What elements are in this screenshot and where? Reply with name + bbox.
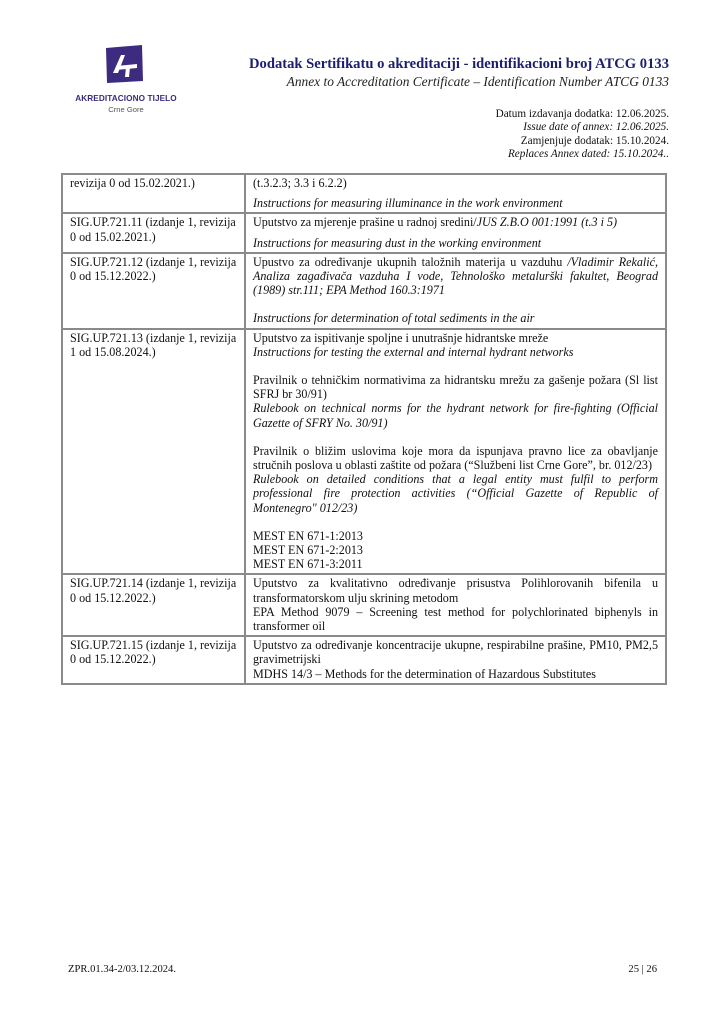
- regulation-line-en: Rulebook on technical norms for the hydr…: [253, 401, 658, 429]
- accreditation-scope-table: revizija 0 od 15.02.2021.) (t.3.2.3; 3.3…: [61, 173, 667, 685]
- replaces-date-en: Replaces Annex dated: 15.10.2024..: [496, 148, 669, 161]
- description-line-en: Instructions for measuring dust in the w…: [253, 236, 658, 250]
- issue-date-en: Issue date of annex: 12.06.2025.: [496, 121, 669, 134]
- method-code-cell: SIG.UP.721.15 (izdanje 1, revizija 0 od …: [62, 636, 245, 684]
- method-description-cell: Uputstvo za određivanje koncentracije uk…: [245, 636, 666, 684]
- method-code-cell: SIG.UP.721.13 (izdanje 1, revizija 1 od …: [62, 329, 245, 575]
- footer-document-code: ZPR.01.34-2/03.12.2024.: [68, 964, 176, 975]
- standard-line: EPA Method 9079 – Screening test method …: [253, 605, 658, 633]
- annex-dates: Datum izdavanja dodatka: 12.06.2025. Iss…: [496, 108, 669, 161]
- description-line-en: Instructions for testing the external an…: [253, 345, 658, 359]
- document-title: Dodatak Sertifikatu o akreditaciji - ide…: [249, 56, 669, 73]
- replaces-date: Zamjenjuje dodatak: 15.10.2024.: [496, 135, 669, 148]
- table-row: SIG.UP.721.11 (izdanje 1, revizija 0 od …: [62, 213, 666, 252]
- description-line: Uputstvo za kvalitativno određivanje pri…: [253, 576, 658, 604]
- regulation-line: Pravilnik o bližim uslovima koje mora da…: [253, 444, 658, 472]
- method-description-cell: Uputstvo za ispitivanje spoljne i unutra…: [245, 329, 666, 575]
- standard-line: MEST EN 671-1:2013: [253, 529, 658, 543]
- regulation-line: Pravilnik o tehničkim normativima za hid…: [253, 373, 658, 401]
- method-code-cell: revizija 0 od 15.02.2021.): [62, 174, 245, 213]
- regulation-line-en: Rulebook on detailed conditions that a l…: [253, 472, 658, 515]
- issue-date: Datum izdavanja dodatka: 12.06.2025.: [496, 108, 669, 121]
- description-line: (t.3.2.3; 3.3 i 6.2.2): [253, 176, 658, 190]
- footer-page-number: 25 | 26: [628, 964, 657, 975]
- logo-name: AKREDITACIONO TIJELO: [67, 94, 185, 103]
- description-line-en: Instructions for determination of total …: [253, 311, 658, 325]
- method-description-cell: (t.3.2.3; 3.3 i 6.2.2) Instructions for …: [245, 174, 666, 213]
- method-description-cell: Uputstvo za kvalitativno određivanje pri…: [245, 574, 666, 636]
- method-description-cell: Upustvo za određivanje ukupnih taložnih …: [245, 253, 666, 329]
- method-code-cell: SIG.UP.721.11 (izdanje 1, revizija 0 od …: [62, 213, 245, 252]
- standard-line: MDHS 14/3 – Methods for the determinatio…: [253, 667, 658, 681]
- table-row: SIG.UP.721.13 (izdanje 1, revizija 1 od …: [62, 329, 666, 575]
- table-row: SIG.UP.721.12 (izdanje 1, revizija 0 od …: [62, 253, 666, 329]
- description-line: Upustvo za određivanje ukupnih taložnih …: [253, 255, 658, 298]
- logo-mark-icon: [104, 45, 144, 83]
- standard-line: MEST EN 671-2:2013: [253, 543, 658, 557]
- standard-line: MEST EN 671-3:2011: [253, 557, 658, 571]
- document-subtitle: Annex to Accreditation Certificate – Ide…: [287, 74, 669, 90]
- description-line: Uputstvo za mjerenje prašine u radnoj sr…: [253, 215, 658, 229]
- method-code-cell: SIG.UP.721.12 (izdanje 1, revizija 0 od …: [62, 253, 245, 329]
- table-row: revizija 0 od 15.02.2021.) (t.3.2.3; 3.3…: [62, 174, 666, 213]
- table-row: SIG.UP.721.14 (izdanje 1, revizija 0 od …: [62, 574, 666, 636]
- description-line: Uputstvo za određivanje koncentracije uk…: [253, 638, 658, 666]
- method-description-cell: Uputstvo za mjerenje prašine u radnoj sr…: [245, 213, 666, 252]
- logo-subtitle: Crne Gore: [67, 105, 185, 114]
- description-line-en: Instructions for measuring illuminance i…: [253, 196, 658, 210]
- description-line: Uputstvo za ispitivanje spoljne i unutra…: [253, 331, 658, 345]
- method-code-cell: SIG.UP.721.14 (izdanje 1, revizija 0 od …: [62, 574, 245, 636]
- table-row: SIG.UP.721.15 (izdanje 1, revizija 0 od …: [62, 636, 666, 684]
- accreditation-body-logo: AKREDITACIONO TIJELO Crne Gore: [67, 45, 187, 120]
